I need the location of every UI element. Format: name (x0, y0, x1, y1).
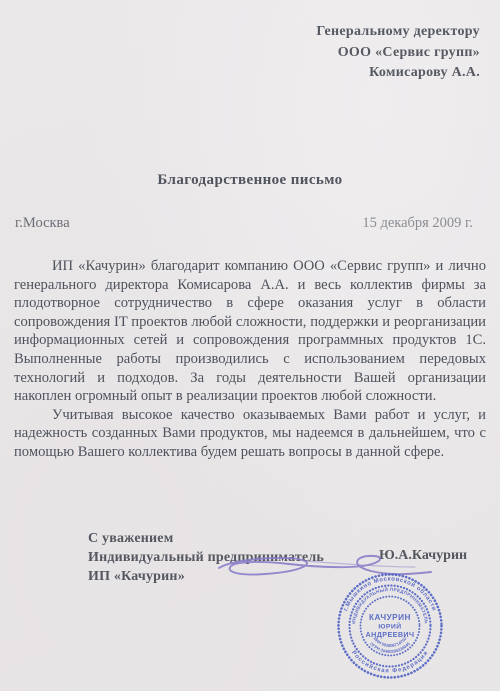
city-label: г.Москва (15, 215, 70, 232)
body-paragraph-1: ИП «Качурин» благодарит компанию ООО «Се… (14, 257, 486, 406)
body-paragraph-2: Учитывая высокое качество оказываемых Ва… (14, 406, 486, 462)
round-stamp: г.Мышкино Московской области Российская … (334, 570, 446, 682)
letter-title: Благодарственное письмо (0, 172, 500, 189)
recipient-line-3: Комисарову А.А. (316, 63, 480, 84)
recipient-block: Генеральному деректору ООО «Сервис групп… (316, 22, 480, 84)
scanned-letter-page: Генеральному деректору ООО «Сервис групп… (0, 0, 500, 691)
stamp-center-patronymic: АНДРЕЕВИЧ (366, 630, 415, 639)
date-label: 15 декабря 2009 г. (362, 215, 473, 232)
recipient-line-2: ООО «Сервис групп» (316, 43, 480, 64)
stamp-center-surname: КАЧУРИН (369, 613, 411, 622)
letter-body: ИП «Качурин» благодарит компанию ООО «Се… (14, 257, 486, 462)
closing-line-1: С уважением (88, 529, 488, 548)
date-line: г.Москва 15 декабря 2009 г. (15, 215, 473, 232)
recipient-line-1: Генеральному деректору (316, 22, 480, 43)
